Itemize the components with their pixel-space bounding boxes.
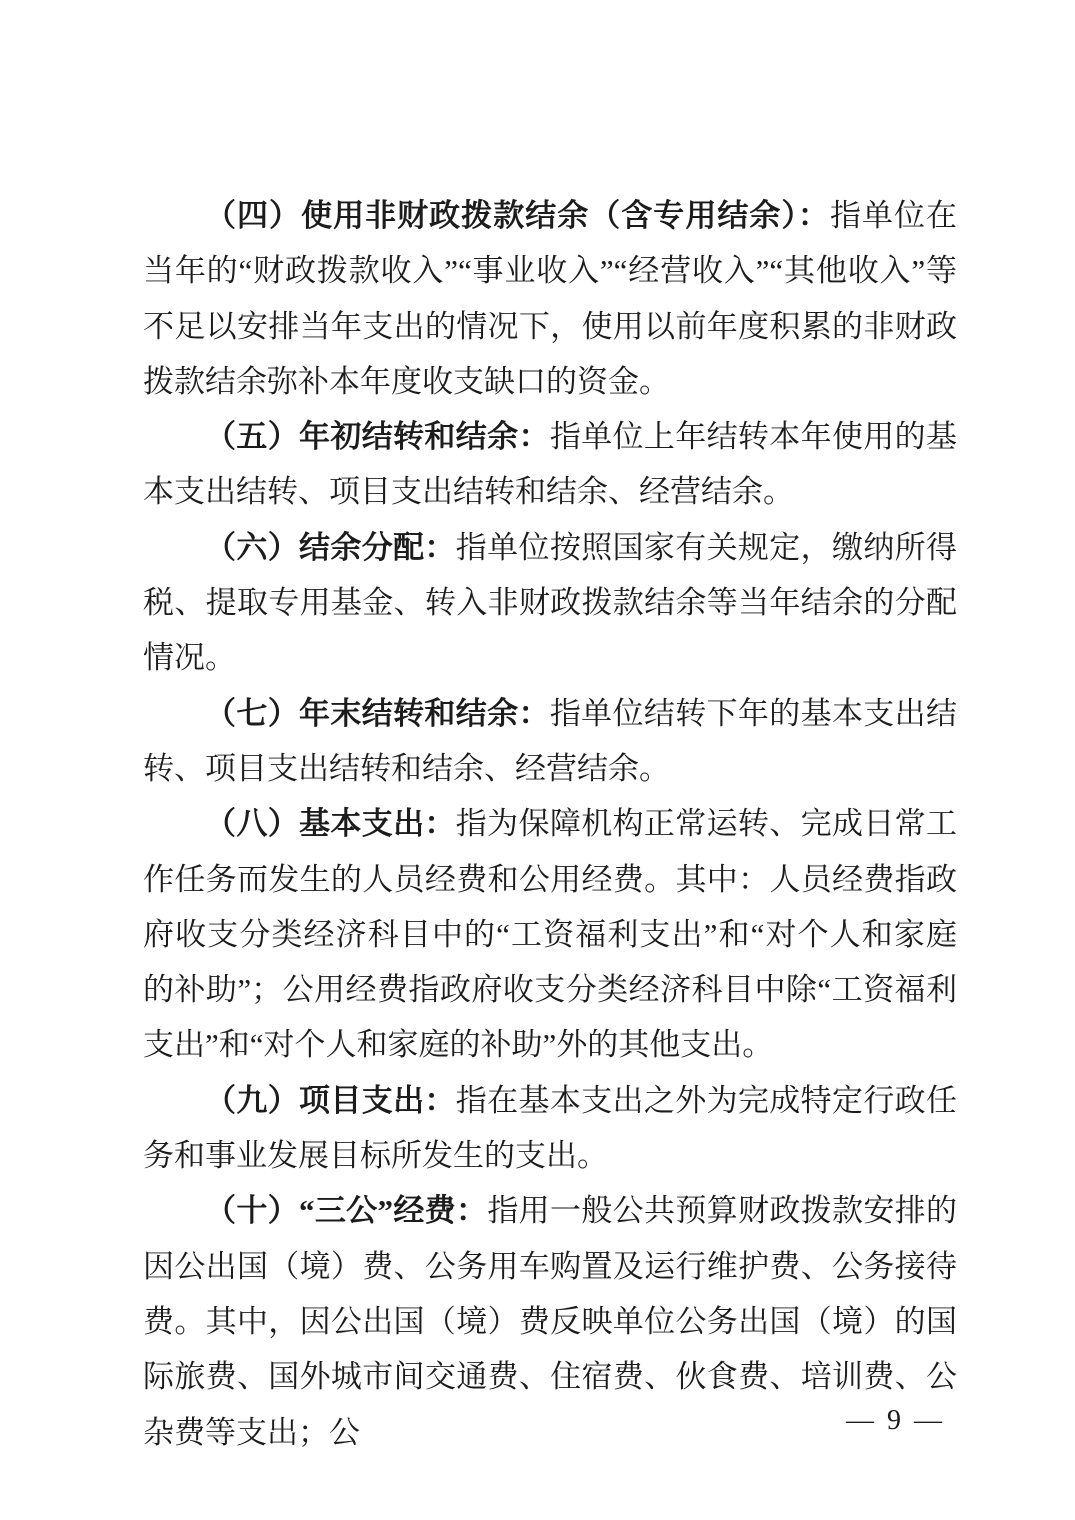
paragraph-item-4: （四）使用非财政拨款结余（含专用结余）：指单位在当年的“财政拨款收入”“事业收入… xyxy=(143,188,957,409)
paragraph-heading: （九）项目支出： xyxy=(205,1083,456,1118)
paragraph-heading: （六）结余分配： xyxy=(205,530,456,565)
paragraph-heading: （八）基本支出： xyxy=(205,806,456,841)
paragraph-heading: （十）“三公”经费： xyxy=(205,1193,487,1228)
paragraph-heading: （五）年初结转和结余： xyxy=(205,419,550,454)
paragraph-item-7: （七）年末结转和结余：指单位结转下年的基本支出结转、项目支出结转和结余、经营结余… xyxy=(143,686,957,797)
paragraph-text: 指为保障机构正常运转、完成日常工作任务而发生的人员经费和公用经费。其中：人员经费… xyxy=(143,806,957,1062)
document-body: （四）使用非财政拨款结余（含专用结余）：指单位在当年的“财政拨款收入”“事业收入… xyxy=(143,188,957,1460)
page-number: — 9 — xyxy=(846,1405,945,1437)
paragraph-item-9: （九）项目支出：指在基本支出之外为完成特定行政任务和事业发展目标所发生的支出。 xyxy=(143,1073,957,1184)
paragraph-heading: （四）使用非财政拨款结余（含专用结余）： xyxy=(205,198,830,233)
paragraph-heading: （七）年末结转和结余： xyxy=(205,696,550,731)
paragraph-item-8: （八）基本支出：指为保障机构正常运转、完成日常工作任务而发生的人员经费和公用经费… xyxy=(143,796,957,1072)
paragraph-item-5: （五）年初结转和结余：指单位上年结转本年使用的基本支出结转、项目支出结转和结余、… xyxy=(143,409,957,520)
paragraph-item-6: （六）结余分配：指单位按照国家有关规定，缴纳所得税、提取专用基金、转入非财政拨款… xyxy=(143,520,957,686)
document-page: （四）使用非财政拨款结余（含专用结余）：指单位在当年的“财政拨款收入”“事业收入… xyxy=(0,0,1075,1520)
paragraph-text: 指用一般公共预算财政拨款安排的因公出国（境）费、公务用车购置及运行维护费、公务接… xyxy=(143,1193,957,1449)
paragraph-item-10: （十）“三公”经费：指用一般公共预算财政拨款安排的因公出国（境）费、公务用车购置… xyxy=(143,1183,957,1459)
